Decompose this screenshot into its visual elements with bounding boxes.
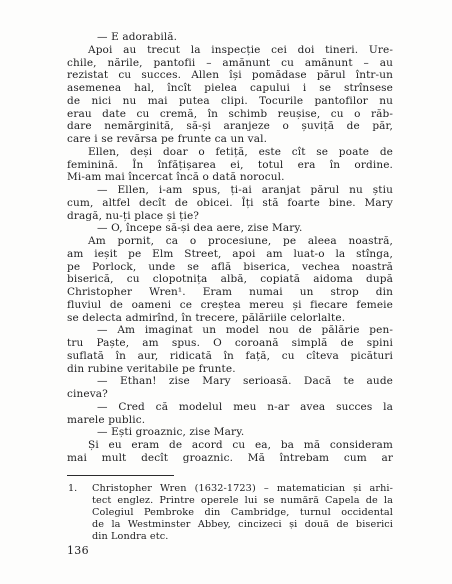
footnote-line: din Londra etc. — [92, 531, 393, 543]
text-line: am ieșit pe Elm Street, apoi am luat-o l… — [67, 248, 393, 261]
text-line: cineva? — [67, 388, 393, 401]
text-line: Ellen, deși doar o fetiță, este cît se p… — [67, 146, 393, 159]
text-line: biserică, cu clopotnița albă, copiată ai… — [67, 273, 393, 286]
text-line: mai mult decît groaznic. Mă întrebam cum… — [67, 452, 393, 465]
text-line: Și eu eram de acord cu ea, ba mă conside… — [67, 439, 393, 452]
text-line: fluviul de oameni ce creștea mereu și fi… — [67, 299, 393, 312]
text-line: Am pornit, ca o procesiune, pe aleea noa… — [67, 235, 393, 248]
text-line: pe Porlock, unde se află biserica, veche… — [67, 261, 393, 274]
text-line: chile, nările, pantofii – amănunt cu amă… — [67, 57, 393, 70]
text-line: din rubine veritabile pe frunte. — [67, 363, 393, 376]
footnote-marker: 1. — [68, 483, 77, 495]
text-line: erau date cu cremă, în schimb reușise, c… — [67, 108, 393, 121]
text-line: cum, altfel decît de obicei. Îți stă foa… — [67, 197, 393, 210]
footnote-line: Christopher Wren (1632-1723) – matematic… — [92, 483, 393, 495]
text-line: — Ești groaznic, zise Mary. — [67, 426, 393, 439]
text-line: tru Paște, am spus. O coroană simplă de … — [67, 337, 393, 350]
text-line: asemenea hal, încît pielea capului i se … — [67, 82, 393, 95]
text-line: — E adorabilă. — [67, 31, 393, 44]
text-line: rezistat cu succes. Allen își pomădase p… — [67, 69, 393, 82]
footnote: 1. Christopher Wren (1632-1723) – matema… — [67, 483, 393, 543]
footnote-divider — [67, 475, 174, 476]
main-text: — E adorabilă.Apoi au trecut la inspecți… — [67, 31, 393, 465]
text-line: Mi-am mai încercat încă o dată norocul. — [67, 171, 393, 184]
page-number: 136 — [67, 544, 89, 557]
text-line: — O, începe să-și dea aere, zise Mary. — [67, 222, 393, 235]
footnote-line: Colegiul Pembroke din Cambridge, turnul … — [92, 507, 393, 519]
text-line: se delecta admirînd, în trecere, pălării… — [67, 312, 393, 325]
text-line: care i se revărsa pe frunte ca un val. — [67, 133, 393, 146]
text-line: de nici nu mai putea clipi. Tocurile pan… — [67, 95, 393, 108]
text-line: dragă, nu-ți place și ție? — [67, 210, 393, 223]
footnote-line: de la Westminster Abbey, cincizeci și do… — [92, 519, 393, 531]
text-line: suflată în aur, ridicată în față, cu cît… — [67, 350, 393, 363]
text-line: feminină. În înfățișarea ei, totul era î… — [67, 159, 393, 172]
footnote-line: tect englez. Printre operele lui se numă… — [92, 495, 393, 507]
text-line: Christopher Wren¹. Eram numai un strop d… — [67, 286, 393, 299]
book-page: — E adorabilă.Apoi au trecut la inspecți… — [0, 0, 452, 584]
text-line: dare nemărginită, să-și aranjeze o șuviț… — [67, 120, 393, 133]
text-line: marele public. — [67, 414, 393, 427]
text-line: — Am imaginat un model nou de pălărie pe… — [67, 324, 393, 337]
text-line: — Ellen, i-am spus, ți-ai aranjat părul … — [67, 184, 393, 197]
text-line: — Cred că modelul meu n-ar avea succes l… — [67, 401, 393, 414]
text-line: — Ethan! zise Mary serioasă. Dacă te aud… — [67, 375, 393, 388]
text-line: Apoi au trecut la inspecție cei doi tine… — [67, 44, 393, 57]
